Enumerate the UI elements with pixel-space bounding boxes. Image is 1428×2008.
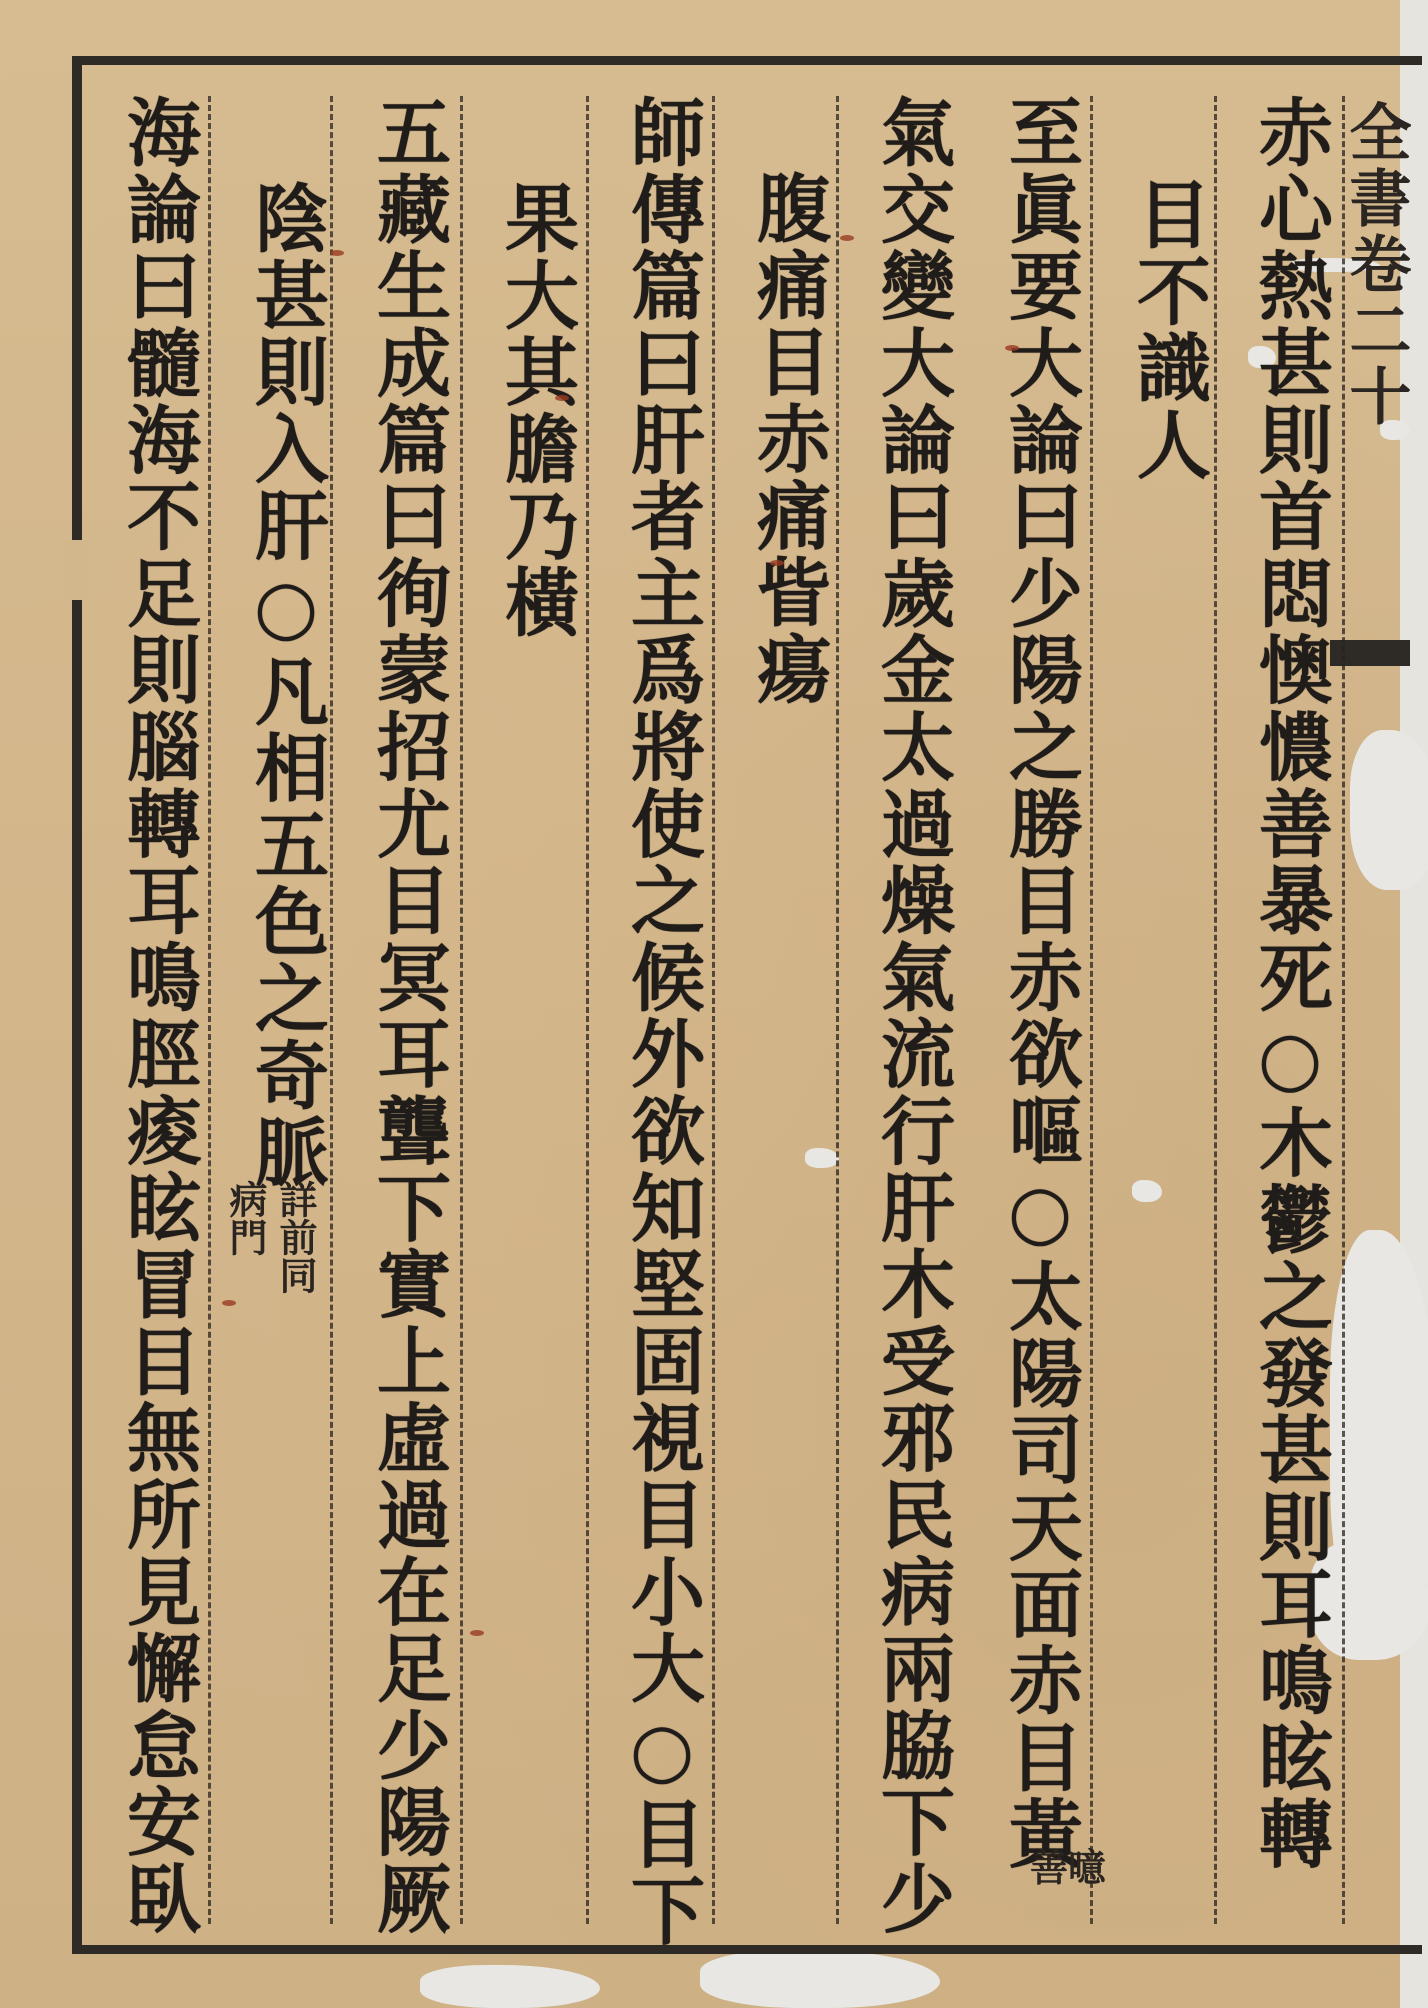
text-column-4: 氣交變大論曰歲金太過燥氣流行肝木受邪民病兩脇下少 [852,94,972,1937]
annotation-left: 病門 [222,1180,268,1256]
border-gap [64,540,88,600]
ink-speck [840,235,854,241]
ink-speck [1005,345,1019,351]
margin-heading: 全書卷二十 [1340,100,1410,430]
ink-speck [330,250,344,256]
text-column-1: 赤心熱甚則首悶懊憹善暴死○木鬱之發甚則耳鳴眩轉 [1230,94,1350,1872]
text-column-6: 師傳篇曰肝者主爲將使之候外欲知堅固視目小大○目下 [602,94,722,1949]
ink-speck [470,1630,484,1636]
text-column-2: 目不識人 [1108,176,1228,483]
text-column-9: 陰甚則入肝○凡相五色之奇脈 [226,180,346,1190]
text-column-5: 腹痛目赤痛眥瘍 [728,170,848,708]
annotation-right: 詳前同 [272,1180,318,1294]
text-column-7: 果大其膽乃橫 [476,180,596,641]
annotation-small: 善噫 [1030,1845,1106,1891]
ink-speck [555,395,569,401]
ink-speck [770,560,784,566]
text-column-8: 五藏生成篇曰徇蒙招尤目冥耳聾下實上虛過在足少陽厥 [348,94,468,1937]
text-column-3: 至眞要大論曰少陽之勝目赤欲嘔○太陽司天面赤目黃 [980,94,1100,1872]
paper-damage [420,1965,600,2008]
ink-speck [222,1300,236,1306]
text-column-10: 海論曰髓海不足則腦轉耳鳴脛痠眩冒目無所見懈怠安臥 [98,94,218,1937]
